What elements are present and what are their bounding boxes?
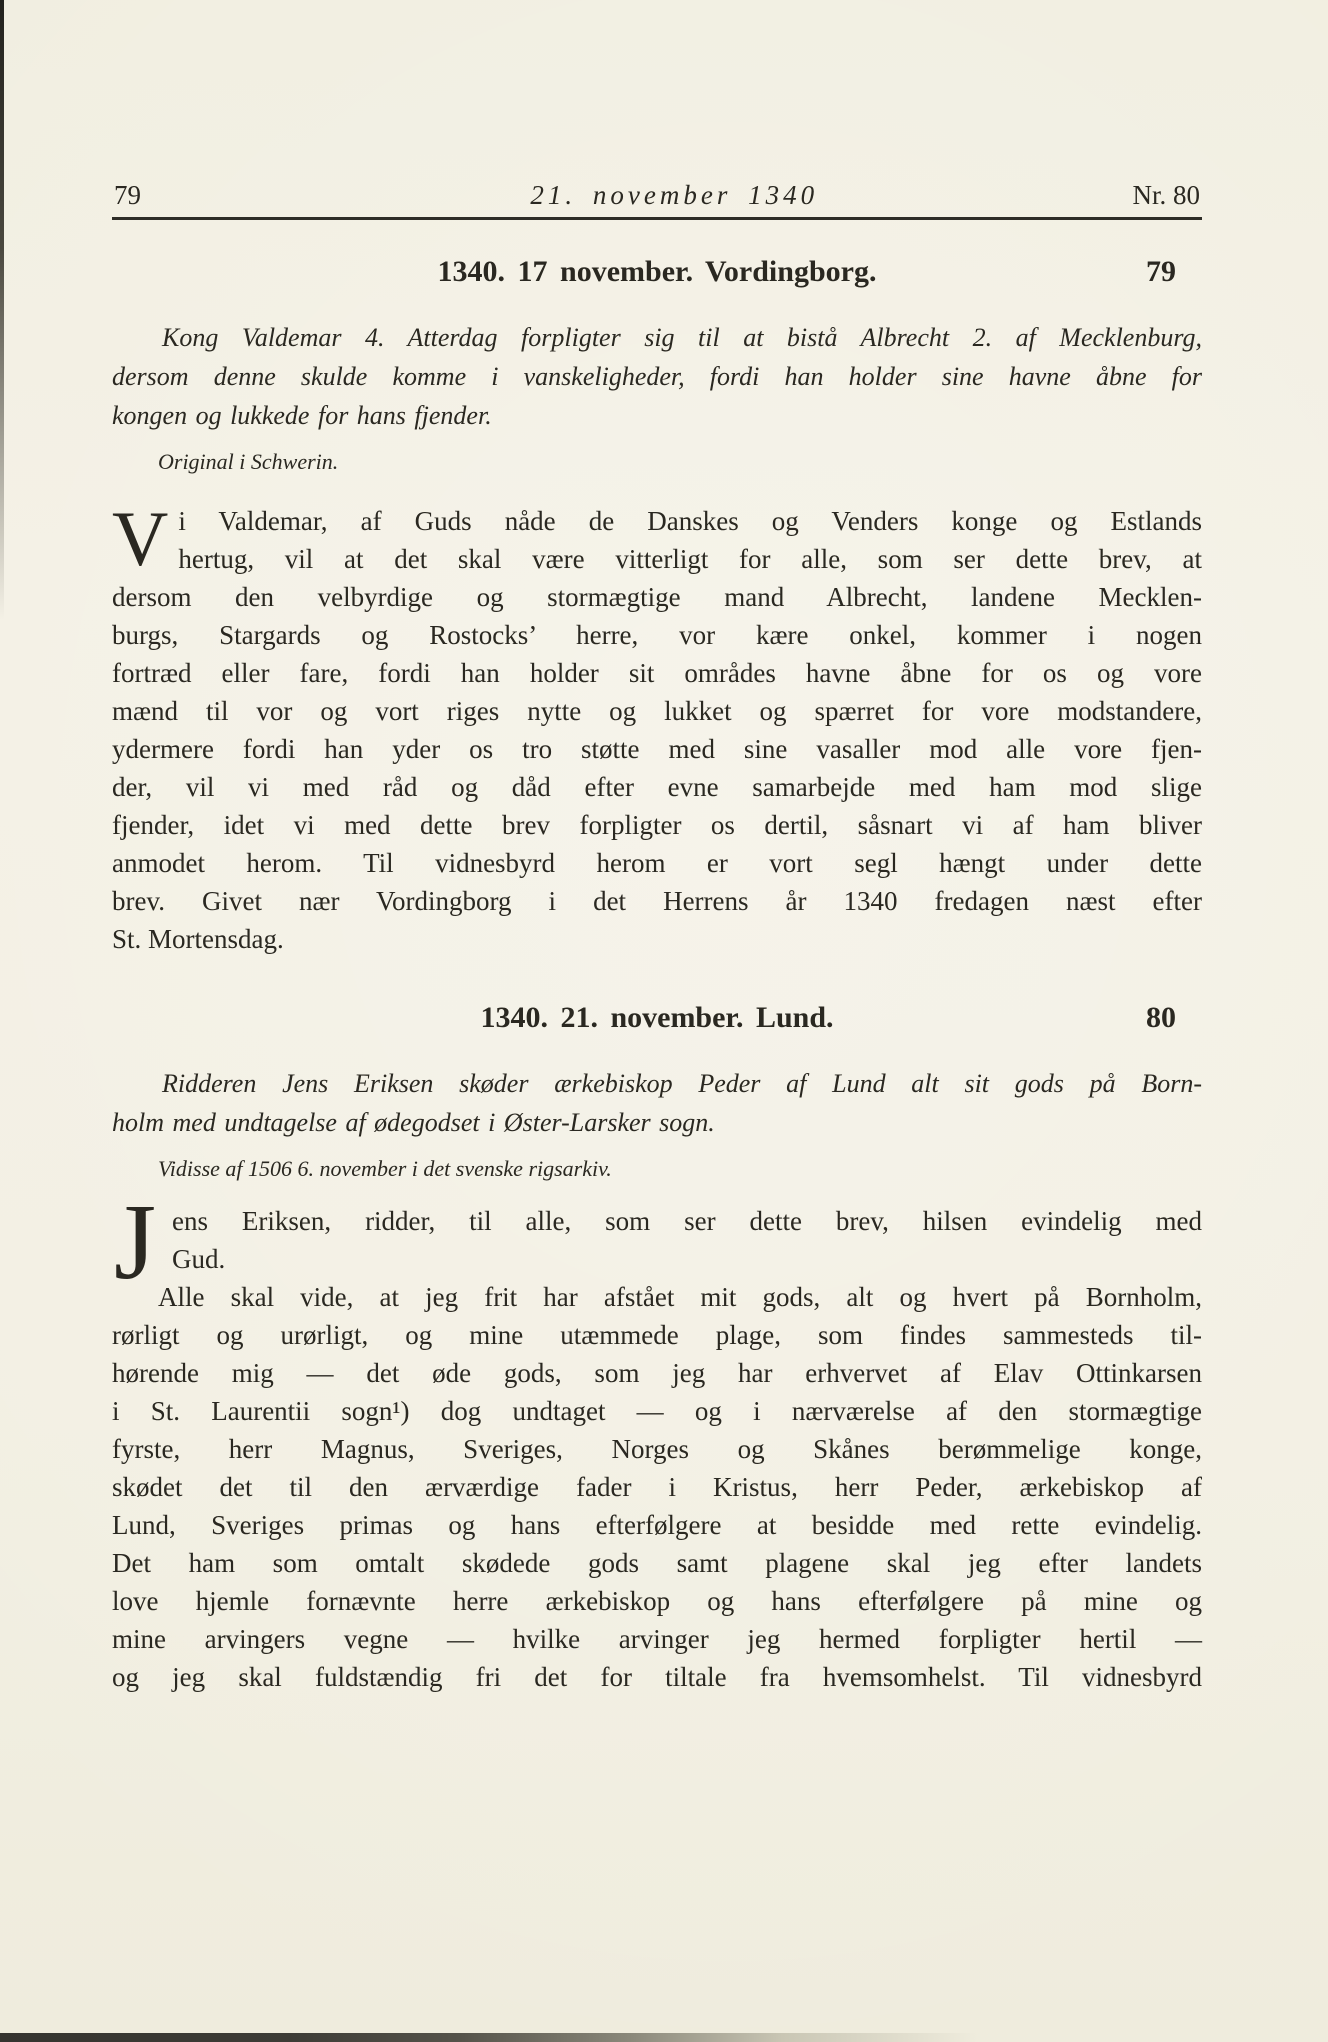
text-line: dersom denne skulde komme i vanskelighed…: [112, 357, 1202, 396]
dropcap-letter: V: [112, 502, 168, 578]
entry-body-paragraph: Vi Valdemar, af Guds nåde de Danskes og …: [112, 502, 1202, 958]
running-header: 79 21. november 1340 Nr. 80: [112, 178, 1202, 212]
text-line: fyrste, herr Magnus, Sveriges, Norges og…: [112, 1430, 1202, 1468]
scan-edge-shadow-bottom: [0, 2033, 1150, 2042]
header-rule: [112, 217, 1202, 220]
text-line: anmodet herom. Til vidnesbyrd herom er v…: [112, 844, 1202, 882]
entry-body-paragraph: Alle skal vide, at jeg frit har afstået …: [112, 1278, 1202, 1696]
text-line: hørende mig — det øde gods, som jeg har …: [112, 1354, 1202, 1392]
running-header-entry-number: Nr. 80: [1133, 178, 1201, 212]
text-line: Lund, Sveriges primas og hans efterfølge…: [112, 1506, 1202, 1544]
running-header-date: 21. november 1340: [530, 178, 818, 212]
entry-heading: 1340. 17 november. Vordingborg. 79: [112, 254, 1202, 290]
entry-source-note: Vidisse af 1506 6. november i det svensk…: [158, 1155, 1202, 1182]
entry-summary: Kong Valdemar 4. Atterdag forpligter sig…: [112, 318, 1202, 435]
text-line: mine arvingers vegne — hvilke arvinger j…: [112, 1620, 1202, 1658]
text-line: skødet det til den ærværdige fader i Kri…: [112, 1468, 1202, 1506]
text-line: i St. Laurentii sogn¹) dog undtaget — og…: [112, 1392, 1202, 1430]
text-line: i Valdemar, af Guds nåde de Danskes og V…: [112, 502, 1202, 540]
text-line: Alle skal vide, at jeg frit har afstået …: [112, 1278, 1202, 1316]
text-line: mænd til vor og vort riges nytte og lukk…: [112, 692, 1202, 730]
entry-heading-number: 80: [1146, 1000, 1176, 1036]
text-line: ydermere fordi han yder os tro støtte me…: [112, 730, 1202, 768]
text-line: love hjemle fornævnte herre ærkebiskop o…: [112, 1582, 1202, 1620]
entry-heading: 1340. 21. november. Lund. 80: [112, 1000, 1202, 1036]
scan-edge-shadow-left: [0, 0, 4, 620]
text-column: 79 21. november 1340 Nr. 80 1340. 17 nov…: [112, 0, 1202, 1696]
text-line: fjender, idet vi med dette brev forpligt…: [112, 806, 1202, 844]
text-line: Gud.: [112, 1240, 1202, 1278]
text-line: dersom den velbyrdige og stormægtige man…: [112, 578, 1202, 616]
text-line: og jeg skal fuldstændig fri det for tilt…: [112, 1658, 1202, 1696]
text-line: hertug, vil at det skal være vitterligt …: [112, 540, 1202, 578]
text-line: der, vil vi med råd og dåd efter evne sa…: [112, 768, 1202, 806]
text-line: holm med undtagelse af ødegodset i Øster…: [112, 1103, 1202, 1142]
entry-heading-title: 1340. 17 november. Vordingborg.: [438, 255, 877, 288]
text-line: fortræd eller fare, fordi han holder sit…: [112, 654, 1202, 692]
dropcap-letter: J: [114, 1214, 156, 1290]
entry-body-paragraph: Jens Eriksen, ridder, til alle, som ser …: [112, 1202, 1202, 1278]
text-line: St. Mortensdag.: [112, 920, 1202, 958]
text-line: kongen og lukkede for hans fjender.: [112, 396, 1202, 435]
entry-heading-number: 79: [1146, 254, 1176, 290]
book-page: 79 21. november 1340 Nr. 80 1340. 17 nov…: [0, 0, 1328, 2042]
entry-heading-title: 1340. 21. november. Lund.: [480, 1001, 833, 1034]
text-line: brev. Givet nær Vordingborg i det Herren…: [112, 882, 1202, 920]
entry-source-note: Original i Schwerin.: [158, 448, 1202, 475]
text-line: Det ham som omtalt skødede gods samt pla…: [112, 1544, 1202, 1582]
text-line: Kong Valdemar 4. Atterdag forpligter sig…: [112, 318, 1202, 357]
text-line: burgs, Stargards og Rostocks’ herre, vor…: [112, 616, 1202, 654]
running-header-page-number: 79: [114, 178, 141, 212]
text-line: Ridderen Jens Eriksen skøder ærkebiskop …: [112, 1064, 1202, 1103]
entry-summary: Ridderen Jens Eriksen skøder ærkebiskop …: [112, 1064, 1202, 1142]
text-line: rørligt og urørligt, og mine utæmmede pl…: [112, 1316, 1202, 1354]
text-line: ens Eriksen, ridder, til alle, som ser d…: [112, 1202, 1202, 1240]
